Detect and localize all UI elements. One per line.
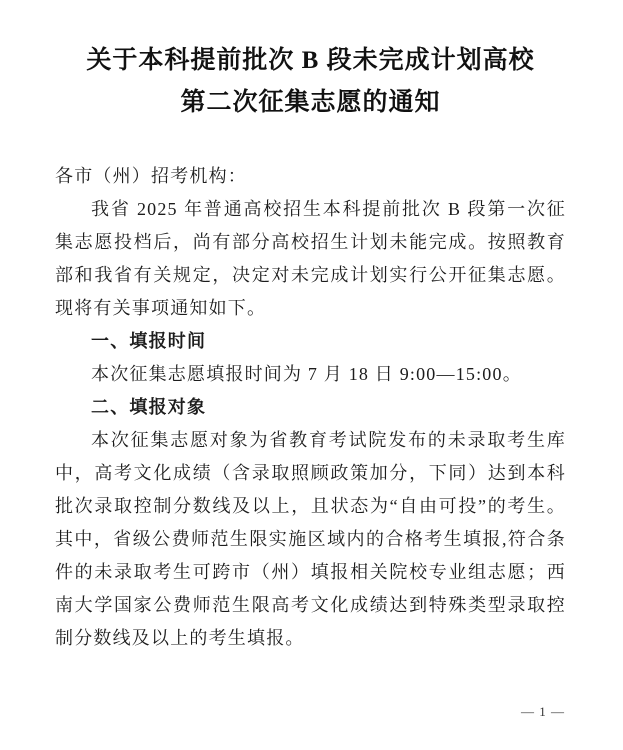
document-title-line-1: 关于本科提前批次 B 段未完成计划高校 — [55, 40, 566, 82]
document-body: 各市（州）招考机构： 我省 2025 年普通高校招生本科提前批次 B 段第一次征… — [55, 160, 566, 655]
section-body-filing-time: 本次征集志愿填报时间为 7 月 18 日 9:00—15:00。 — [55, 358, 566, 391]
document-title: 关于本科提前批次 B 段未完成计划高校 第二次征集志愿的通知 — [55, 40, 566, 124]
page-number: — 1 — — [521, 704, 565, 720]
section-heading-filing-time: 一、填报时间 — [55, 325, 566, 358]
document-page: 关于本科提前批次 B 段未完成计划高校 第二次征集志愿的通知 各市（州）招考机构… — [0, 0, 623, 750]
section-body-filing-target: 本次征集志愿对象为省教育考试院发布的未录取考生库中，高考文化成绩（含录取照顾政策… — [55, 424, 566, 655]
section-heading-filing-target: 二、填报对象 — [55, 391, 566, 424]
salutation-line: 各市（州）招考机构： — [55, 160, 566, 193]
intro-paragraph: 我省 2025 年普通高校招生本科提前批次 B 段第一次征集志愿投档后，尚有部分… — [55, 193, 566, 325]
document-title-line-2: 第二次征集志愿的通知 — [55, 82, 566, 124]
